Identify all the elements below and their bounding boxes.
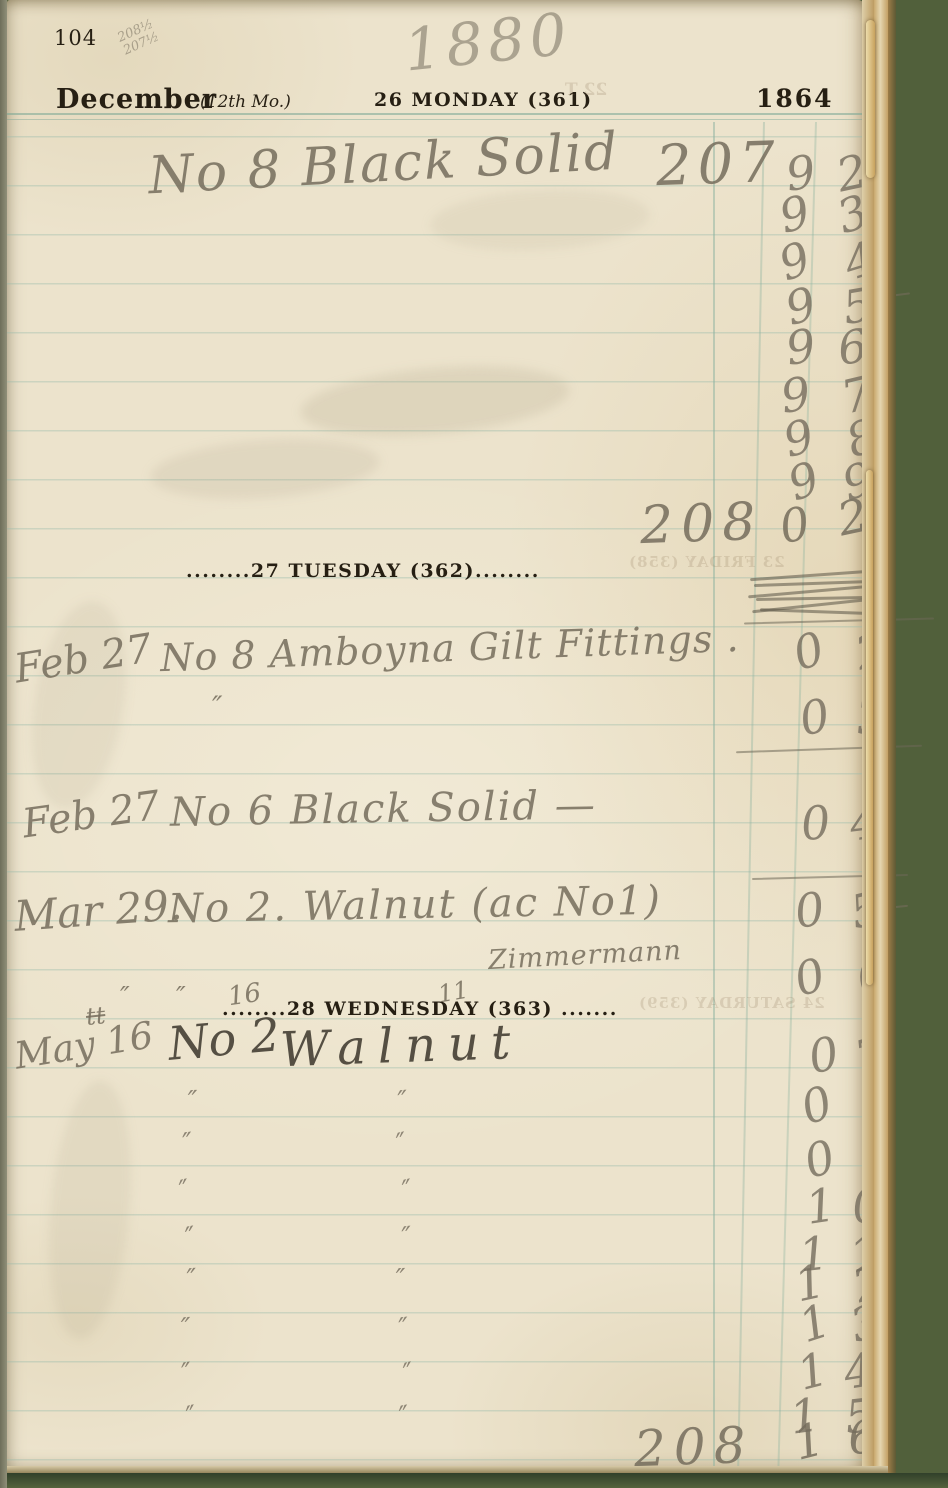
month-label: December — [56, 84, 217, 115]
bleedthrough-text: 22 T — [565, 80, 607, 100]
page-number: 104 — [54, 26, 97, 50]
binding-thread — [866, 20, 875, 178]
tuesday-entry1-ditto: ″ — [212, 690, 222, 723]
bleedthrough-text: 24 SATURDAY (359) — [638, 994, 825, 1012]
paper-texture — [7, 0, 864, 1472]
bleedthrough-text: 23 FRIDAY (358) — [628, 553, 785, 571]
scanner-background-left — [0, 0, 7, 1488]
wednesday-entry-text: Walnut — [279, 1014, 523, 1078]
scanner-background-bottom — [0, 1473, 948, 1488]
binding-thread — [866, 470, 873, 985]
scanned-diary-page: 104 208½ 207½ 1880 December (12th Mo.) 2… — [0, 0, 948, 1488]
page-edge-stack — [874, 0, 888, 1480]
pencil-mark: ″ — [176, 982, 186, 1012]
tuesday-entry3-text: No 2. Walnut (ac No1) — [168, 878, 663, 933]
year-label: 1864 — [756, 84, 834, 113]
mid-total-prefix: 208 — [639, 492, 764, 556]
month-detail: (12th Mo.) — [200, 92, 291, 112]
day-heading: 26 MONDAY (361) — [374, 89, 593, 111]
monday-entry-number: 207 — [655, 130, 782, 199]
tuesday-heading: ........27 TUESDAY (362)........ — [186, 560, 540, 582]
paper-page — [7, 0, 864, 1472]
tuesday-entry2-text: No 6 Black Solid — — [170, 782, 597, 835]
page-edge-outer — [888, 0, 896, 1482]
pencil-scribble — [748, 570, 876, 616]
wednesday-entry-number: No 2 — [166, 1007, 282, 1071]
pencil-mark: ″ — [120, 982, 130, 1012]
